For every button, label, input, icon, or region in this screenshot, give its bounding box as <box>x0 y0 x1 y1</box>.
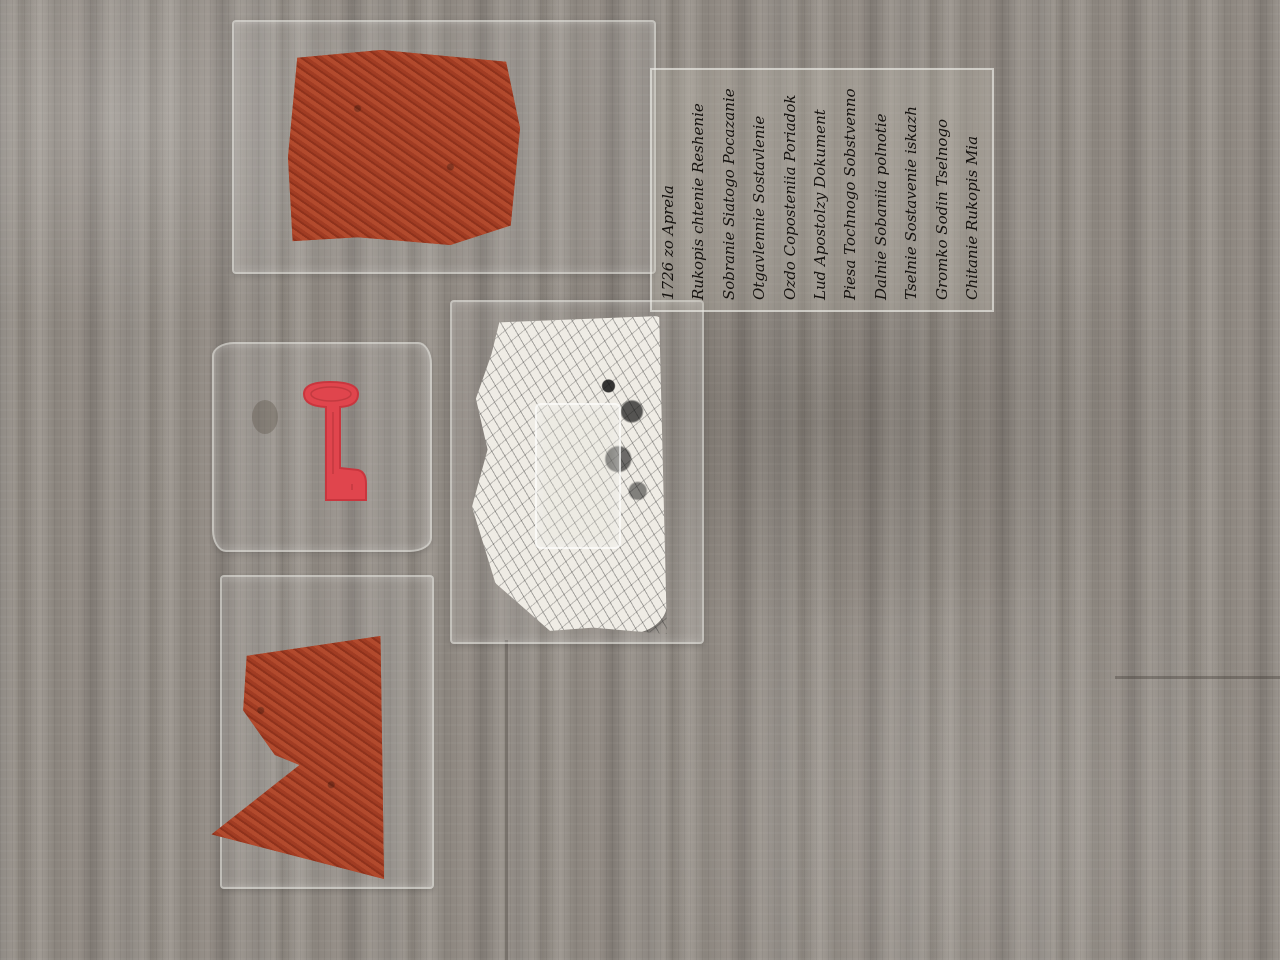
script-line: Tselnie Sostavenie iskazh <box>903 80 919 300</box>
script-line: Dalnie Sobaniia polnotie <box>873 80 889 300</box>
script-line: Lud Apostolzy Dokument <box>812 80 828 300</box>
floor-board-seam <box>505 640 508 960</box>
script-line: Ozdo Coposteniia Poriadok <box>782 80 798 300</box>
floor-board-seam <box>1115 676 1280 679</box>
script-text-block: 1726 zo Aprela Rukopis chtenie Reshenie … <box>660 80 980 300</box>
key-stamp-icon <box>300 380 368 502</box>
script-line: Chitanie Rukopis Mia <box>964 80 980 300</box>
clear-handle-block <box>535 403 621 549</box>
script-clear-stamp: 1726 zo Aprela Rukopis chtenie Reshenie … <box>650 68 994 312</box>
script-line: Gromko Sodin Tselnogo <box>934 80 950 300</box>
script-line: Otgavlennie Sostavlenie <box>751 80 767 300</box>
script-line: Sobranie Siatogo Pocazanie <box>721 80 737 300</box>
smudge-mark <box>252 400 278 434</box>
landscape-rubber-stamp <box>288 50 520 245</box>
script-line: Rukopis chtenie Reshenie <box>690 80 706 300</box>
script-line: Piesa Tochnogo Sobstvenno <box>842 80 858 300</box>
script-line: 1726 zo Aprela <box>660 80 676 300</box>
